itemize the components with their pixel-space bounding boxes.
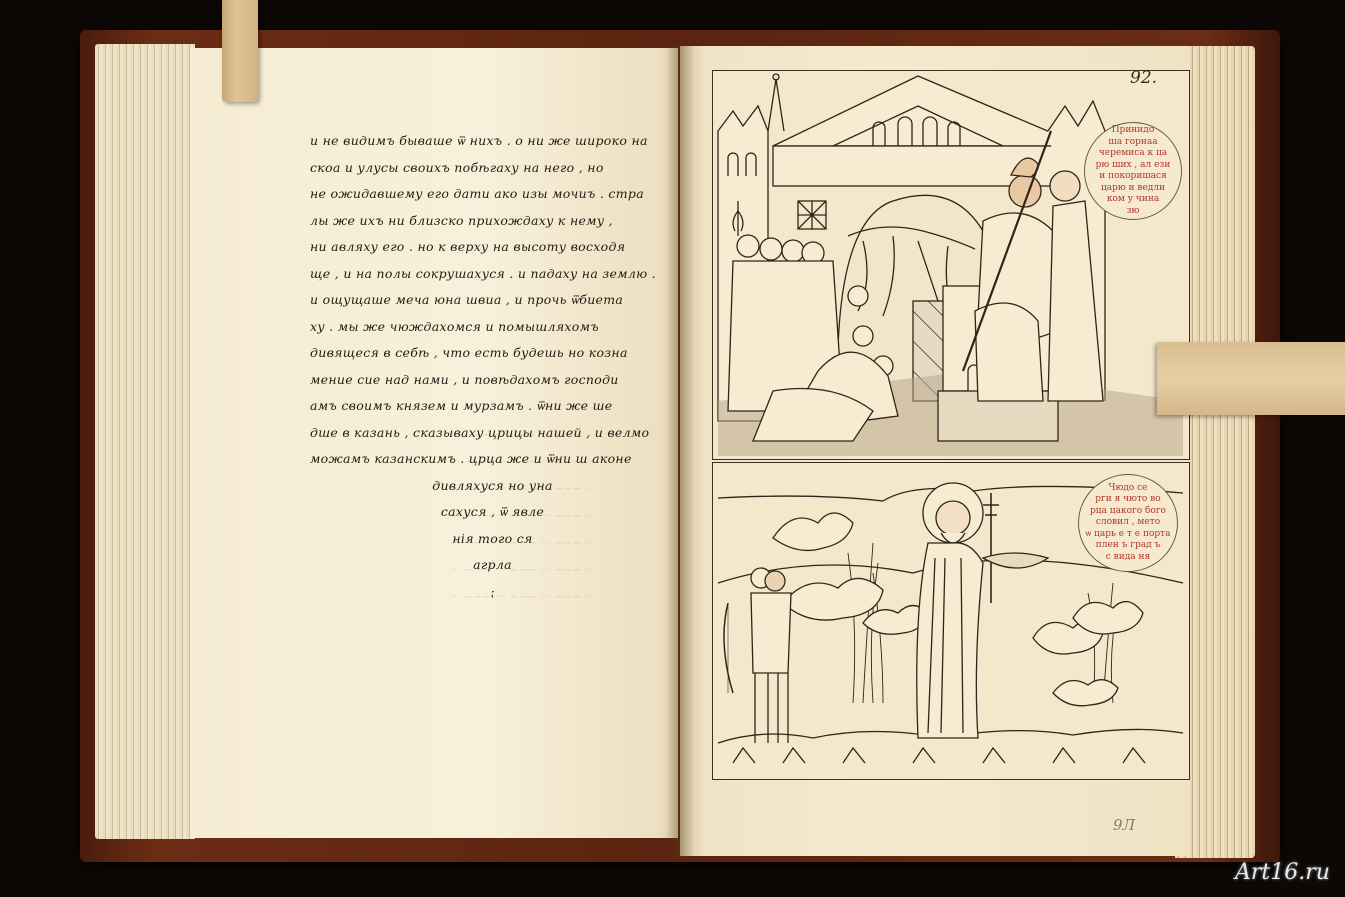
wooden-page-holder-right <box>1157 342 1345 415</box>
text-line: не ожидавшему его дати ако изы мочиъ . с… <box>310 181 675 208</box>
text-line: можамъ казанскимъ . црца же и ѿни ш акон… <box>310 446 675 473</box>
closing-line: сахуся , ѿ явле <box>310 499 675 526</box>
left-page-edges <box>95 44 195 839</box>
text-line: ще , и на полы сокрушахуся . и падаху на… <box>310 261 675 288</box>
rubric-line: черемиса к ца <box>1085 148 1181 160</box>
rubric-line: словил , мето <box>1079 517 1177 529</box>
closing-line: дивляхуся но уна <box>310 473 675 500</box>
watermark: Art16.ru <box>1235 860 1330 885</box>
manuscript-text: и не видимъ бываше ѿ нихъ . о ни же широ… <box>310 128 675 605</box>
text-line: лы же ихъ ни близско прихождаху к нему , <box>310 208 675 235</box>
rubric-caption-bottom: Чюдо се рги я чюто во рца цакого бого сл… <box>1078 474 1178 572</box>
text-line: амъ своимъ князем и мурзамъ . ѿни же ше <box>310 393 675 420</box>
rubric-line: зю <box>1085 206 1181 218</box>
lower-folio-number: 9Л <box>1113 816 1135 834</box>
text-line: ху . мы же чюждахомся и помышляхомъ <box>310 314 675 341</box>
text-line: дивящеся в себѣ , что есть будешь но коз… <box>310 340 675 367</box>
text-line: скоа и улусы своихъ побѣгаху на него , н… <box>310 155 675 182</box>
rubric-line: ком у чина <box>1085 194 1181 206</box>
closing-line: агрла <box>310 552 675 579</box>
folio-number: 92. <box>1130 68 1157 88</box>
text-line: мение сие над нами , и повѣдахомъ господ… <box>310 367 675 394</box>
rubric-line: рги я чюто во <box>1079 494 1177 506</box>
rubric-line: плен ъ град ъ <box>1079 540 1177 552</box>
rubric-line: рца цакого бого <box>1079 506 1177 518</box>
wooden-page-holder-top <box>222 0 258 102</box>
text-line: дше в казань , сказываху црицы нашей , и… <box>310 420 675 447</box>
closing-line: нія того ся <box>310 526 675 553</box>
rubric-line: ѡ царь е т е порта <box>1079 529 1177 541</box>
closing-line: ⁏ <box>310 579 675 606</box>
rubric-caption-top: Принидо ша горнаа черемиса к ца рю ших ,… <box>1084 122 1182 220</box>
text-line: ни авляху его . но к верху на высоту вос… <box>310 234 675 261</box>
rubric-line: рю ших , ал ези <box>1085 160 1181 172</box>
rubric-line: с вида ня <box>1079 552 1177 564</box>
rubric-line: Принидо <box>1085 125 1181 137</box>
text-line: и ощущаше меча юна швиа , и прочь ѿбиета <box>310 287 675 314</box>
rubric-line: ша горнаа <box>1085 137 1181 149</box>
rubric-line: и покоришася <box>1085 171 1181 183</box>
text-line: и не видимъ бываше ѿ нихъ . о ни же широ… <box>310 128 675 155</box>
rubric-line: царю и ведли <box>1085 183 1181 195</box>
rubric-line: Чюдо се <box>1079 483 1177 495</box>
